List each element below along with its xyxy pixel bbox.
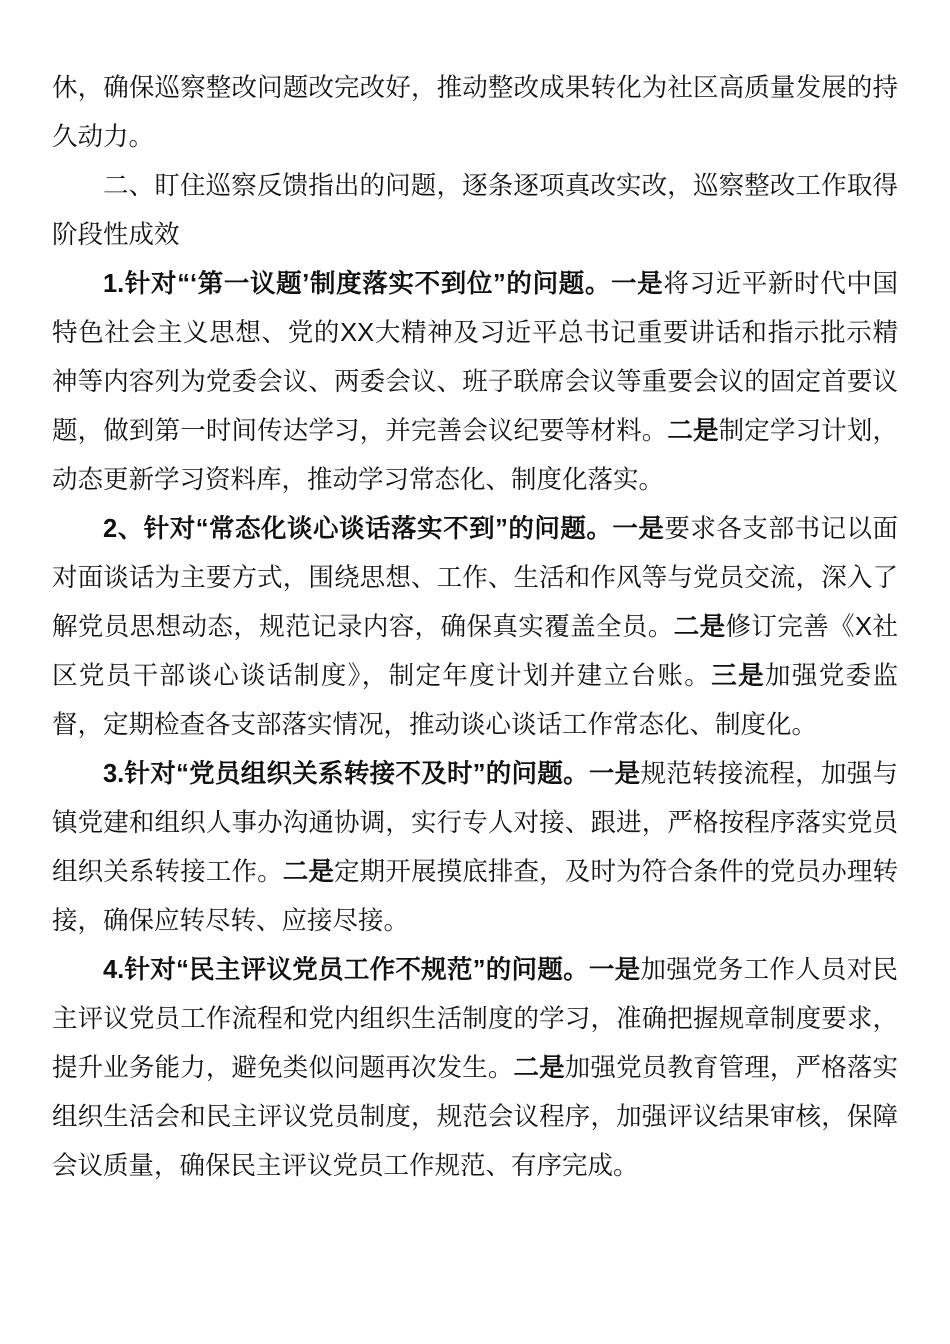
bold-text-run: 1.针对“‘第一议题’制度落实不到位”的问题。一是 — [103, 270, 663, 298]
text-run: 二、盯住巡察反馈指出的问题，逐条逐项真改实改，巡察整改工作取得阶段性成效 — [52, 172, 898, 249]
paragraph: 4.针对“民主评议党员工作不规范”的问题。一是加强党务工作人员对民主评议党员工作… — [52, 946, 898, 1191]
document-page: 休，确保巡察整改问题改完改好，推动整改成果转化为社区高质量发展的持久动力。二、盯… — [0, 0, 950, 1344]
bold-text-run: 2、针对“常态化谈心谈话落实不到”的问题。一是 — [103, 515, 664, 543]
bold-text-run: 三是 — [711, 662, 765, 690]
bold-text-run: 4.针对“民主评议党员工作不规范”的问题。一是 — [103, 956, 640, 984]
paragraph: 3.针对“党员组织关系转接不及时”的问题。一是规范转接流程，加强与镇党建和组织人… — [52, 750, 898, 946]
bold-text-run: 二是 — [283, 858, 334, 886]
bold-text-run: 二是 — [674, 613, 726, 641]
paragraph: 2、针对“常态化谈心谈话落实不到”的问题。一是要求各支部书记以面对面谈话为主要方… — [52, 505, 898, 750]
text-run: 休，确保巡察整改问题改完改好，推动整改成果转化为社区高质量发展的持久动力。 — [52, 74, 898, 151]
bold-text-run: 3.针对“党员组织关系转接不及时”的问题。一是 — [103, 760, 640, 788]
paragraph: 二、盯住巡察反馈指出的问题，逐条逐项真改实改，巡察整改工作取得阶段性成效 — [52, 162, 898, 260]
bold-text-run: 二是 — [667, 417, 718, 445]
paragraph: 休，确保巡察整改问题改完改好，推动整改成果转化为社区高质量发展的持久动力。 — [52, 64, 898, 162]
document-body: 休，确保巡察整改问题改完改好，推动整改成果转化为社区高质量发展的持久动力。二、盯… — [52, 64, 898, 1191]
bold-text-run: 二是 — [514, 1054, 565, 1082]
paragraph: 1.针对“‘第一议题’制度落实不到位”的问题。一是将习近平新时代中国特色社会主义… — [52, 260, 898, 505]
